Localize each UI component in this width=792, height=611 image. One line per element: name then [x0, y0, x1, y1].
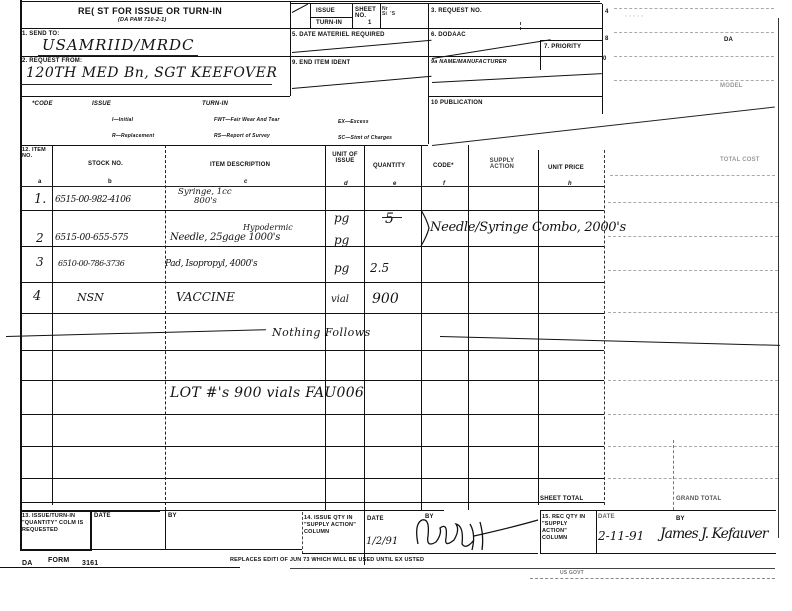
request-from-value[interactable]: 120TH MED Bn, SGT KEEFOVER: [26, 66, 277, 80]
form-left-border: [20, 0, 22, 550]
lot-note[interactable]: LOT #'s 900 vials FAU006: [170, 386, 364, 400]
replaces-edition-text: REPLACES EDITI OF JUN 73 WHICH WILL BE U…: [230, 558, 424, 564]
header-divider: [290, 1, 291, 96]
code-stmt-charges: SC—Stmt of Charges: [338, 136, 392, 141]
code-excess: EX—Excess: [338, 120, 369, 125]
row1-stock-no[interactable]: 6515-00-982-4106: [55, 196, 131, 205]
col-stockno-right: [165, 145, 166, 510]
code-issue-label: ISSUE: [92, 101, 111, 107]
row4-item-no[interactable]: 4: [33, 290, 41, 303]
faint-line-4: [614, 80, 774, 81]
header-row1-bottom: [290, 28, 602, 29]
no-of-sheets-label: NrSi 'S: [382, 7, 395, 18]
footer-faint-line: [530, 578, 775, 579]
col-header-supply-action: SUPPLY ACTION: [482, 158, 522, 171]
sheet-no-value: 1: [368, 20, 372, 26]
field8-label: 8: [605, 36, 609, 42]
form-word: FORM: [48, 557, 69, 564]
row3-quantity[interactable]: 2.5: [370, 262, 389, 274]
row-line-2: [20, 246, 604, 247]
issue-turnin-line: [310, 17, 352, 18]
row-line-7: [20, 414, 604, 415]
footer-baseline-left: [0, 567, 240, 568]
section14-signature[interactable]: [410, 514, 540, 554]
footer-baseline-right: [290, 568, 775, 569]
faint-line-1: [614, 8, 774, 9]
row2-desc-line1[interactable]: Hypodermic: [243, 224, 293, 232]
request-from-bottom: [20, 96, 290, 97]
section14-date-value[interactable]: 1/2/91: [366, 537, 398, 547]
faint-row-6: [608, 414, 778, 415]
publication-label: 10 PUBLICATION: [431, 100, 483, 106]
col-letter-a: a: [38, 179, 42, 185]
section15-date-left: [596, 510, 597, 554]
faint-header-line: [610, 175, 775, 176]
code-turnin-label: TURN-IN: [202, 101, 228, 107]
row3-item-no[interactable]: 3: [36, 256, 44, 268]
request-from-underline: [20, 84, 272, 85]
end-item-ident-label: 9. END ITEM IDENT: [292, 60, 350, 66]
col-header-item-description: ITEM DESCRIPTION: [210, 162, 270, 168]
row1-unit[interactable]: pg: [334, 212, 349, 224]
bracket-note[interactable]: Needle/Syringe Combo, 2000's: [430, 221, 626, 234]
model-faint-label: MODEL: [720, 83, 743, 89]
row1-quantity[interactable]: 5: [385, 212, 394, 226]
row2-unit[interactable]: pg: [334, 234, 349, 246]
section13-bottom-b: [92, 549, 302, 550]
section13-top-b: [160, 510, 444, 511]
faint-row-8: [608, 478, 778, 479]
faint-row-5: [608, 380, 778, 381]
section15-by-label: BY: [676, 516, 685, 522]
grand-total-label: GRAND TOTAL: [676, 496, 721, 502]
section15-label: 15. REC QTY IN "SUPPLY ACTION" COLUMN: [542, 514, 594, 543]
table-header-bottom: [20, 186, 604, 187]
code-initial: I—Initial: [112, 118, 133, 123]
col-code-right: [468, 145, 469, 510]
section15-by-value[interactable]: James J. Kefauver: [660, 527, 767, 541]
faint-row-4: [608, 312, 778, 313]
section13-by-label: BY: [168, 513, 177, 519]
col-header-stock-no: STOCK NO.: [88, 161, 123, 167]
send-to-value[interactable]: USAMRIID/MRDC: [42, 38, 195, 53]
date-material-required-label: 5. DATE MATERIEL REQUIRED: [292, 32, 385, 38]
row-line-1: [20, 210, 604, 211]
section15-date-value[interactable]: 2-11-91: [598, 530, 644, 542]
sheet-total-label: SHEET TOTAL: [540, 496, 583, 502]
priority-top: [540, 40, 602, 41]
date-material-diagonal: [292, 40, 432, 53]
nothing-follows-line-left: [6, 329, 266, 337]
code-fair-wear: FWT—Fair Wear And Tear: [214, 118, 280, 123]
header-row2-bottom: [290, 56, 602, 57]
header-top-line: [290, 3, 602, 4]
faint-row-3: [608, 270, 778, 271]
col-header-quantity: QUANTITY: [373, 163, 405, 169]
row2-item-no[interactable]: 2: [36, 232, 44, 244]
field4-faint-text: · · · · ·: [625, 14, 643, 20]
issue-checkbox-label[interactable]: ISSUE: [316, 8, 335, 14]
row-line-8: [20, 446, 604, 447]
row2-stock-no[interactable]: 6515-00-655-575: [55, 234, 128, 243]
legend-bottom: [20, 145, 428, 146]
request-no-left: [428, 4, 429, 144]
row-line-5: [20, 350, 604, 351]
request-from-label: 2. REQUEST FROM:: [22, 58, 82, 64]
dodaac-label: 6. DODAAC: [431, 32, 466, 38]
faint-row-1: [608, 202, 778, 203]
title-bottom-line: [20, 28, 290, 29]
row-line-9: [20, 478, 604, 479]
row-line-3: [20, 282, 604, 283]
row-line-4: [20, 313, 604, 314]
col-header-item-no: 12. ITEM NO.: [22, 148, 50, 160]
faint-row-7: [608, 446, 778, 447]
section13-bottom: [20, 549, 92, 551]
code-report-survey: RS—Report of Survey: [214, 134, 270, 139]
section15-bottom: [540, 553, 776, 554]
col-itemno-right: [52, 145, 53, 505]
us-govt-text: US GOVT: [560, 571, 584, 576]
row3-desc-line1[interactable]: Pad, Isopropyl, 4000's: [165, 260, 257, 269]
priority-left: [540, 40, 541, 70]
sheet-no-label: SHEET NO.: [355, 7, 377, 20]
end-item-diagonal: [292, 76, 432, 89]
col-header-unit-price: UNIT PRICE: [548, 165, 584, 171]
row3-unit[interactable]: pg: [334, 262, 349, 274]
form-title: RE( ST FOR ISSUE OR TURN-IN: [78, 6, 222, 16]
field4-label: 4: [605, 9, 609, 15]
section13-label: 13. ISSUE/TURN-IN "QUANTITY" COLM IS REQ…: [22, 513, 88, 534]
form-top-border: [20, 1, 600, 2]
issue-box-divider: [310, 4, 311, 28]
row1-item-no[interactable]: 1.: [34, 193, 46, 206]
publication-diagonal: [432, 107, 775, 146]
form-number: 3161: [82, 560, 98, 567]
col-header-unit-of-issue: UNIT OF ISSUE: [328, 152, 362, 165]
sheet-box-right: [380, 4, 381, 28]
code-replacement: R—Replacement: [112, 134, 154, 139]
request-no-label: 3. REQUEST NO.: [431, 8, 482, 14]
faint-col-grand: [673, 440, 674, 510]
row-line-6: [20, 380, 604, 381]
col-letter-c: c: [244, 179, 248, 185]
section15-top: [540, 510, 776, 511]
section14-bottom: [302, 553, 538, 554]
turnin-checkbox-label[interactable]: TURN-IN: [316, 20, 342, 26]
row4-quantity[interactable]: 900: [372, 292, 399, 306]
row2-desc-line2[interactable]: Needle, 25gage 1000's: [170, 233, 280, 243]
send-to-bottom: [20, 56, 290, 57]
col-qty-right: [421, 145, 422, 510]
row-line-10: [20, 502, 604, 503]
field0-label: 0: [603, 56, 607, 62]
priority-label: 7. PRIORITY: [544, 44, 581, 50]
col-supply-right: [538, 150, 539, 505]
manufacturer-label: 9a NAME/MANUFACTURER: [431, 60, 507, 66]
field8-partial-text: DA: [724, 37, 733, 43]
form-subtitle: (DA PAM 710-2-1): [118, 18, 166, 24]
form-right-border: [778, 18, 779, 538]
section15-date-label: DATE: [598, 514, 615, 520]
col-letter-b: b: [108, 179, 112, 185]
section14-date-label: DATE: [367, 516, 384, 522]
code-label: *CODE: [32, 101, 53, 107]
issue-turnin-diagonal: [292, 4, 308, 13]
section15-left: [540, 510, 541, 554]
faint-line-3: [614, 56, 774, 57]
faint-line-2: [614, 32, 774, 33]
form-name: DA: [22, 560, 33, 567]
faint-row-2: [608, 236, 778, 237]
nothing-follows-line-right: [440, 336, 780, 346]
section13-label-right: [90, 510, 92, 550]
row3-stock-no[interactable]: 6510-00-786-3736: [58, 260, 124, 268]
row4-desc-line1[interactable]: VACCINE: [176, 291, 235, 303]
row1-qty-stroke: [382, 217, 402, 218]
col-price-right: [604, 150, 605, 505]
sheet-box-left: [352, 4, 353, 28]
manufacturer-diagonal: [432, 73, 602, 83]
nothing-follows-note[interactable]: Nothing Follows: [272, 327, 371, 338]
row1-desc-line2[interactable]: 800's: [194, 197, 217, 206]
section14-label: 14. ISSUE QTY IN "SUPPLY ACTION" COLUMN: [304, 515, 364, 536]
header-row3-bottom: [428, 96, 602, 97]
col-header-code: CODE*: [433, 163, 454, 169]
section13-by-left: [165, 510, 166, 550]
row4-unit[interactable]: vial: [331, 295, 349, 305]
section13-date-label: DATE: [94, 513, 111, 519]
row4-stock-no[interactable]: NSN: [77, 292, 104, 303]
col-header-total-cost: TOTAL COST: [720, 157, 760, 163]
